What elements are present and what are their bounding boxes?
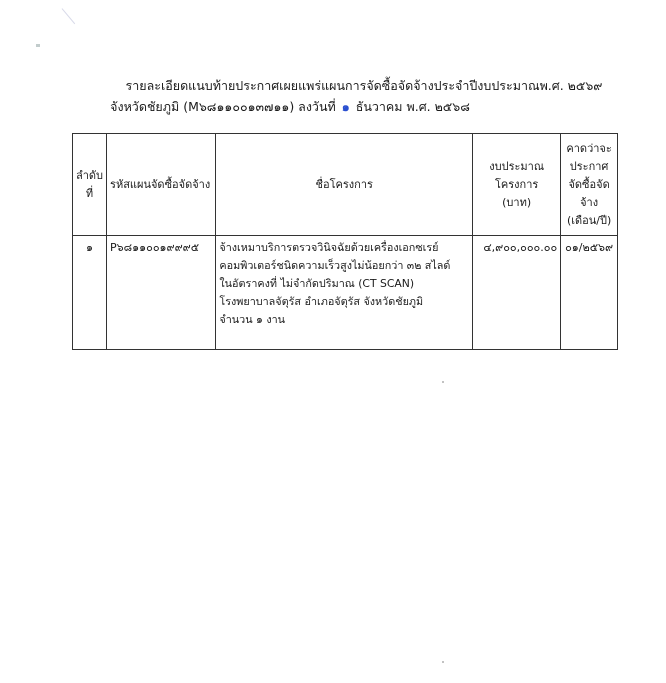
procurement-table: ลำดับที่ รหัสแผนจัดซื้อจัดจ้าง ชื่อโครงก…: [72, 133, 618, 350]
header-project-name: ชื่อโครงการ: [216, 134, 473, 236]
handwritten-day: ๑: [342, 99, 350, 114]
cell-no: ๑: [73, 236, 107, 350]
table-header-row: ลำดับที่ รหัสแผนจัดซื้อจัดจ้าง ชื่อโครงก…: [73, 134, 618, 236]
scan-speck: [442, 381, 444, 383]
document-title: รายละเอียดแนบท้ายประกาศเผยแพร่แผนการจัดซ…: [62, 78, 666, 94]
header-plan-code: รหัสแผนจัดซื้อจัดจ้าง: [107, 134, 216, 236]
subtitle-suffix: ธันวาคม พ.ศ. ๒๕๖๘: [356, 99, 470, 114]
scan-artifact: [36, 44, 40, 47]
document-subtitle: จังหวัดชัยภูมิ (M๖๘๑๑๐๐๑๓๗๑๑) ลงวันที่๑ธ…: [80, 99, 500, 115]
header-expected-date: คาดว่าจะประกาศจัดซื้อจัดจ้าง(เดือน/ปี): [561, 134, 618, 236]
cell-expected-date: ๐๑/๒๕๖๙: [561, 236, 618, 350]
table-row: ๑ P๖๘๑๑๐๐๑๙๙๙๕ จ้างเหมาบริการตรวจวินิจฉั…: [73, 236, 618, 350]
scan-speck: [442, 661, 444, 663]
header-budget: งบประมาณโครงการ(บาท): [473, 134, 561, 236]
cell-budget: ๔,๙๐๐,๐๐๐.๐๐: [473, 236, 561, 350]
scan-artifact: [48, 8, 75, 36]
header-no: ลำดับที่: [73, 134, 107, 236]
cell-plan-code: P๖๘๑๑๐๐๑๙๙๙๕: [107, 236, 216, 350]
subtitle-prefix: จังหวัดชัยภูมิ (M๖๘๑๑๐๐๑๓๗๑๑) ลงวันที่: [110, 99, 336, 114]
cell-project-name: จ้างเหมาบริการตรวจวินิจฉัยด้วยเครื่องเอก…: [216, 236, 473, 350]
